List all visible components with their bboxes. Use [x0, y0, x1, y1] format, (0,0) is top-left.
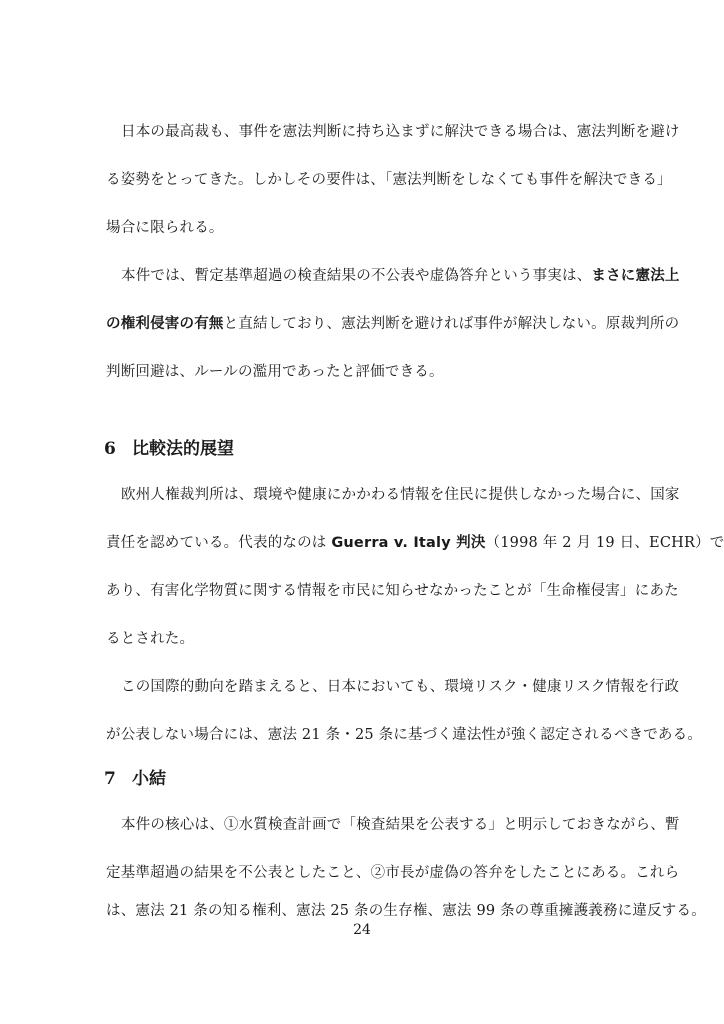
paragraph-line: 本件では、暫定基準超過の検査結果の不公表や虚偽答弁という事実は、まさに憲法上: [106, 266, 620, 286]
paragraph-line: が公表しない場合には、憲法 21 条・25 条に基づく違法性が強く認定されるべき…: [106, 725, 620, 745]
paragraph-line: 日本の最高裁も、事件を憲法判断に持ち込まずに解決できる場合は、憲法判断を避け: [106, 122, 620, 142]
paragraph-line: 定基準超過の結果を不公表としたこと、②市長が虚偽の答弁をしたことにある。これら: [106, 863, 620, 883]
paragraph-line: 判断回避は、ルールの濫用であったと評価できる。: [106, 362, 620, 382]
paragraph-line: 欧州人権裁判所は、環境や健康にかかわる情報を住民に提供しなかった場合に、国家: [106, 485, 620, 505]
section-heading: 7小結: [104, 767, 166, 791]
section-number: 7: [104, 767, 132, 791]
case-name: Guerra v. Italy 判決: [331, 535, 485, 551]
paragraph-text: （1998 年 2 月 19 日、ECHR）で: [486, 535, 724, 551]
section-number: 6: [104, 437, 132, 461]
paragraph-line: この国際的動向を踏まえると、日本においても、環境リスク・健康リスク情報を行政: [106, 677, 620, 697]
paragraph-line: る姿勢をとってきた。しかしその要件は、「憲法判断をしなくても事件を解決できる」: [106, 170, 620, 190]
emphasis-text: の権利侵害の有無: [106, 316, 224, 332]
paragraph-line: は、憲法 21 条の知る権利、憲法 25 条の生存権、憲法 99 条の尊重擁護義…: [106, 901, 620, 921]
paragraph-line: あり、有害化学物質に関する情報を市民に知らせなかったことが「生命権侵害」にあた: [106, 581, 620, 601]
paragraph-line: 場合に限られる。: [106, 218, 620, 238]
paragraph-text: 本件では、暫定基準超過の検査結果の不公表や虚偽答弁という事実は、: [121, 268, 591, 284]
emphasis-text: まさに憲法上: [591, 268, 679, 284]
document-page: 日本の最高裁も、事件を憲法判断に持ち込まずに解決できる場合は、憲法判断を避け る…: [0, 0, 724, 1024]
section-title: 比較法的展望: [132, 439, 234, 459]
paragraph-text: と直結しており、憲法判断を避ければ事件が解決しない。原裁判所の: [224, 316, 680, 332]
paragraph-line: 本件の核心は、①水質検査計画で「検査結果を公表する」と明示しておきながら、暫: [106, 815, 620, 835]
page-number: 24: [0, 920, 724, 940]
section-title: 小結: [132, 769, 166, 789]
paragraph-text: 責任を認めている。代表的なのは: [106, 535, 331, 551]
paragraph-line: の権利侵害の有無と直結しており、憲法判断を避ければ事件が解決しない。原裁判所の: [106, 314, 620, 334]
section-heading: 6比較法的展望: [104, 437, 234, 461]
paragraph-line: 責任を認めている。代表的なのは Guerra v. Italy 判決（1998 …: [106, 533, 620, 553]
paragraph-line: るとされた。: [106, 629, 620, 649]
